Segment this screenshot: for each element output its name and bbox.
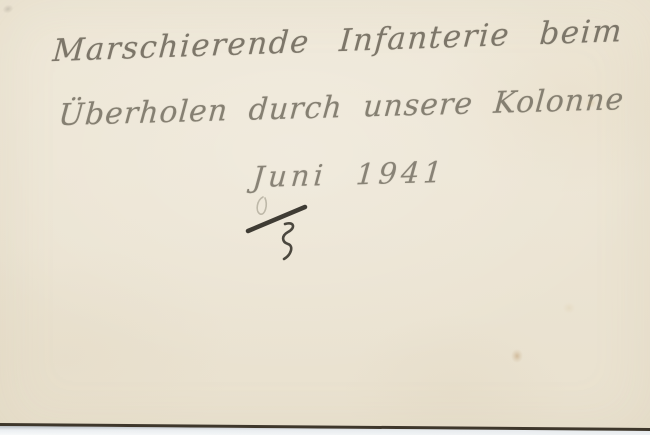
numeral-squiggle-stroke <box>283 223 293 259</box>
photographer-mark <box>238 191 328 271</box>
faint-stain-2 <box>560 300 578 316</box>
faint-loop-stroke <box>257 197 266 214</box>
inscription-line-3: Juni 1941 <box>251 155 447 194</box>
photo-verso-scene: Marschierende Infanterie beim Überholen … <box>0 0 650 435</box>
foxing-spot <box>511 349 523 363</box>
slash-stroke <box>248 207 305 231</box>
faint-stain <box>583 96 599 110</box>
